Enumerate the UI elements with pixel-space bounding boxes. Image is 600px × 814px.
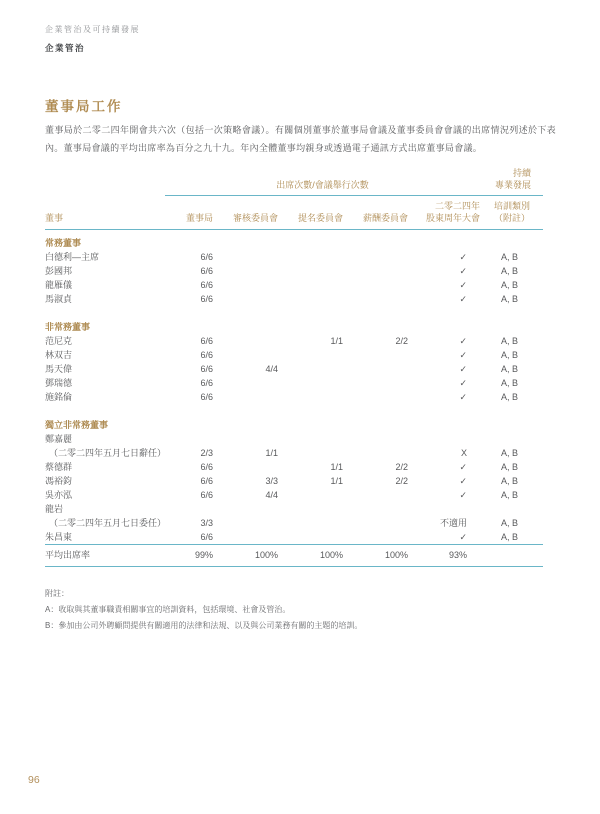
training-cell: A, B xyxy=(480,292,543,306)
attendance-group-cell: 出席次數/會議舉行次數 xyxy=(165,163,480,196)
col-header-agm: 二零二四年 股東周年大會 xyxy=(408,196,480,230)
audit-cell xyxy=(213,334,278,348)
training-cell: A, B xyxy=(480,264,543,278)
training-cell: A, B xyxy=(480,488,543,502)
remuneration-cell xyxy=(343,278,408,292)
agm-cell: ✓ xyxy=(408,530,480,545)
training-header-line1: 培訓類別 xyxy=(494,201,530,211)
col-header-nomination: 提名委員會 xyxy=(278,196,343,230)
remuneration-cell xyxy=(343,530,408,545)
agm-cell: ✓ xyxy=(408,292,480,306)
audit-cell: 3/3 xyxy=(213,474,278,488)
audit-cell xyxy=(213,460,278,474)
board-cell: 6/6 xyxy=(165,460,213,474)
audit-cell xyxy=(213,250,278,264)
nomination-cell xyxy=(278,278,343,292)
nomination-cell xyxy=(278,250,343,264)
director-name-cell: 馬天偉 xyxy=(45,362,165,376)
director-name-cell: 鄧瑞德 xyxy=(45,376,165,390)
col-header-remuneration: 薪酬委員會 xyxy=(343,196,408,230)
board-cell: 6/6 xyxy=(165,264,213,278)
board-attendance-table: 出席次數/會議舉行次數 持續 專業發展 董事 董事局 審核委員會 提名委員會 薪… xyxy=(45,163,543,567)
director-name-cell: 龍岩 xyxy=(45,502,543,516)
training-cell: A, B xyxy=(480,390,543,404)
agm-cell: ✓ xyxy=(408,334,480,348)
director-name-cell: 蔡德群 xyxy=(45,460,165,474)
col-header-training: 培訓類別 （附註） xyxy=(480,196,543,230)
section-label-row: 常務董事 xyxy=(45,230,543,251)
table-body: 常務董事白德利—主席6/6✓A, B彭國邦6/6✓A, B龍雁儀6/6✓A, B… xyxy=(45,230,543,545)
col-header-director: 董事 xyxy=(45,196,165,230)
director-name-cell: 馮裕鈞 xyxy=(45,474,165,488)
audit-cell xyxy=(213,278,278,292)
remuneration-cell: 2/2 xyxy=(343,334,408,348)
section-label-row: 獨立非常務董事 xyxy=(45,412,543,432)
board-cell: 6/6 xyxy=(165,292,213,306)
director-row: 彭國邦6/6✓A, B xyxy=(45,264,543,278)
director-row: 龍岩 xyxy=(45,502,543,516)
remuneration-cell xyxy=(343,516,408,530)
average-board: 99% xyxy=(165,545,213,567)
director-row: （二零二四年五月七日辭任）2/31/1XA, B xyxy=(45,446,543,460)
director-name-cell: 林双吉 xyxy=(45,348,165,362)
agm-cell: ✓ xyxy=(408,278,480,292)
training-cell: A, B xyxy=(480,348,543,362)
training-cell: A, B xyxy=(480,530,543,545)
director-row: 馬淑貞6/6✓A, B xyxy=(45,292,543,306)
agm-header-line2: 股東周年大會 xyxy=(426,213,480,223)
average-row: 平均出席率 99% 100% 100% 100% 93% xyxy=(45,545,543,567)
director-row: 馮裕鈞6/63/31/12/2✓A, B xyxy=(45,474,543,488)
board-cell: 6/6 xyxy=(165,250,213,264)
col-header-board: 董事局 xyxy=(165,196,213,230)
director-name-cell: 彭國邦 xyxy=(45,264,165,278)
audit-cell xyxy=(213,390,278,404)
nomination-cell xyxy=(278,446,343,460)
average-training xyxy=(480,545,543,567)
director-row: 鄭嘉麗 xyxy=(45,432,543,446)
intro-paragraph: 董事局於二零二四年開會共六次（包括一次策略會議）。有關個別董事於董事局會議及董事… xyxy=(45,121,556,157)
audit-cell xyxy=(213,516,278,530)
director-name-cell: 白德利—主席 xyxy=(45,250,165,264)
remuneration-cell xyxy=(343,264,408,278)
notes: 附註： A：收取與其董事職責相關事宜的培訓資料，包括環境、社會及管治。 B：參加… xyxy=(45,586,362,634)
director-row: （二零二四年五月七日委任）3/3不適用A, B xyxy=(45,516,543,530)
nomination-cell xyxy=(278,530,343,545)
nomination-cell xyxy=(278,362,343,376)
training-cell: A, B xyxy=(480,460,543,474)
audit-cell xyxy=(213,292,278,306)
spacer-cell xyxy=(45,306,543,314)
col-header-audit: 審核委員會 xyxy=(213,196,278,230)
group-header-row: 出席次數/會議舉行次數 持續 專業發展 xyxy=(45,163,543,196)
board-cell: 6/6 xyxy=(165,278,213,292)
cpd-header-line2: 專業發展 xyxy=(495,180,531,190)
training-cell: A, B xyxy=(480,516,543,530)
director-row: 馬天偉6/64/4✓A, B xyxy=(45,362,543,376)
nomination-cell xyxy=(278,292,343,306)
agm-cell: ✓ xyxy=(408,264,480,278)
column-header-row: 董事 董事局 審核委員會 提名委員會 薪酬委員會 二零二四年 股東周年大會 培訓… xyxy=(45,196,543,230)
audit-cell: 4/4 xyxy=(213,488,278,502)
agm-cell: ✓ xyxy=(408,348,480,362)
nomination-cell: 1/1 xyxy=(278,474,343,488)
training-cell: A, B xyxy=(480,362,543,376)
director-row: 朱昌東6/6✓A, B xyxy=(45,530,543,545)
average-label: 平均出席率 xyxy=(45,545,165,567)
director-row: 白德利—主席6/6✓A, B xyxy=(45,250,543,264)
nomination-cell xyxy=(278,516,343,530)
agm-cell: ✓ xyxy=(408,390,480,404)
spacer-cell xyxy=(45,404,543,412)
page-number: 96 xyxy=(28,774,40,786)
remuneration-cell xyxy=(343,390,408,404)
note-b: B：參加由公司外聘顧問提供有關適用的法律和法規、以及與公司業務有關的主題的培訓。 xyxy=(45,618,362,634)
nomination-cell xyxy=(278,488,343,502)
cpd-group-cell: 持續 專業發展 xyxy=(480,163,543,196)
audit-cell: 1/1 xyxy=(213,446,278,460)
director-name-cell: 馬淑貞 xyxy=(45,292,165,306)
agm-header-line1: 二零二四年 xyxy=(435,201,480,211)
director-row: 范尼克6/61/12/2✓A, B xyxy=(45,334,543,348)
remuneration-cell xyxy=(343,362,408,376)
remuneration-cell: 2/2 xyxy=(343,460,408,474)
board-cell: 6/6 xyxy=(165,530,213,545)
board-cell: 6/6 xyxy=(165,474,213,488)
audit-cell xyxy=(213,348,278,362)
remuneration-cell xyxy=(343,488,408,502)
remuneration-cell xyxy=(343,446,408,460)
board-cell: 6/6 xyxy=(165,348,213,362)
average-audit: 100% xyxy=(213,545,278,567)
agm-cell: ✓ xyxy=(408,362,480,376)
board-cell: 2/3 xyxy=(165,446,213,460)
training-header-line2: （附註） xyxy=(494,213,530,223)
director-row: 林双吉6/6✓A, B xyxy=(45,348,543,362)
training-cell: A, B xyxy=(480,334,543,348)
section-spacer xyxy=(45,306,543,314)
director-row: 施銘倫6/6✓A, B xyxy=(45,390,543,404)
director-name-cell: 朱昌東 xyxy=(45,530,165,545)
group-header-empty-cell xyxy=(45,163,165,196)
board-cell: 6/6 xyxy=(165,488,213,502)
notes-title: 附註： xyxy=(45,586,362,602)
section-label-row: 非常務董事 xyxy=(45,314,543,334)
remuneration-cell: 2/2 xyxy=(343,474,408,488)
nomination-cell xyxy=(278,376,343,390)
board-cell: 6/6 xyxy=(165,390,213,404)
page-title: 董事局工作 xyxy=(45,95,123,115)
section-label: 非常務董事 xyxy=(45,314,543,334)
board-cell: 6/6 xyxy=(165,376,213,390)
audit-cell xyxy=(213,530,278,545)
audit-cell xyxy=(213,376,278,390)
agm-cell: X xyxy=(408,446,480,460)
nomination-cell xyxy=(278,348,343,362)
director-name-cell: （二零二四年五月七日辭任） xyxy=(45,446,165,460)
nomination-cell xyxy=(278,390,343,404)
nomination-cell: 1/1 xyxy=(278,460,343,474)
average-nomination: 100% xyxy=(278,545,343,567)
average-agm: 93% xyxy=(408,545,480,567)
report-page: 企業管治及可持續發展 企業管治 董事局工作 董事局於二零二四年開會共六次（包括一… xyxy=(0,0,600,814)
audit-cell: 4/4 xyxy=(213,362,278,376)
agm-cell: ✓ xyxy=(408,474,480,488)
director-name-cell: 范尼克 xyxy=(45,334,165,348)
director-row: 吳亦泓6/64/4✓A, B xyxy=(45,488,543,502)
average-remuneration: 100% xyxy=(343,545,408,567)
director-row: 龍雁儀6/6✓A, B xyxy=(45,278,543,292)
board-cell: 6/6 xyxy=(165,362,213,376)
breadcrumb-section: 企業管治及可持續發展 xyxy=(45,24,140,35)
section-label: 獨立非常務董事 xyxy=(45,412,543,432)
training-cell: A, B xyxy=(480,278,543,292)
audit-cell xyxy=(213,264,278,278)
breadcrumb: 企業管治及可持續發展 企業管治 xyxy=(45,24,140,54)
attendance-group-header: 出席次數/會議舉行次數 xyxy=(165,179,480,196)
cpd-group-header: 持續 專業發展 xyxy=(480,167,543,196)
breadcrumb-subsection: 企業管治 xyxy=(45,42,140,54)
board-cell: 3/3 xyxy=(165,516,213,530)
remuneration-cell xyxy=(343,250,408,264)
agm-cell: ✓ xyxy=(408,460,480,474)
training-cell: A, B xyxy=(480,474,543,488)
agm-cell: 不適用 xyxy=(408,516,480,530)
training-cell: A, B xyxy=(480,250,543,264)
nomination-cell: 1/1 xyxy=(278,334,343,348)
agm-cell: ✓ xyxy=(408,376,480,390)
remuneration-cell xyxy=(343,292,408,306)
director-name-cell: （二零二四年五月七日委任） xyxy=(45,516,165,530)
director-name-cell: 施銘倫 xyxy=(45,390,165,404)
section-label: 常務董事 xyxy=(45,230,543,251)
cpd-header-line1: 持續 xyxy=(513,168,531,178)
director-name-cell: 吳亦泓 xyxy=(45,488,165,502)
agm-cell: ✓ xyxy=(408,250,480,264)
training-cell: A, B xyxy=(480,446,543,460)
director-row: 蔡德群6/61/12/2✓A, B xyxy=(45,460,543,474)
remuneration-cell xyxy=(343,376,408,390)
director-name-cell: 鄭嘉麗 xyxy=(45,432,543,446)
agm-cell: ✓ xyxy=(408,488,480,502)
director-row: 鄧瑞德6/6✓A, B xyxy=(45,376,543,390)
training-cell: A, B xyxy=(480,376,543,390)
board-cell: 6/6 xyxy=(165,334,213,348)
director-name-cell: 龍雁儀 xyxy=(45,278,165,292)
section-spacer xyxy=(45,404,543,412)
remuneration-cell xyxy=(343,348,408,362)
nomination-cell xyxy=(278,264,343,278)
note-a: A：收取與其董事職責相關事宜的培訓資料，包括環境、社會及管治。 xyxy=(45,602,362,618)
